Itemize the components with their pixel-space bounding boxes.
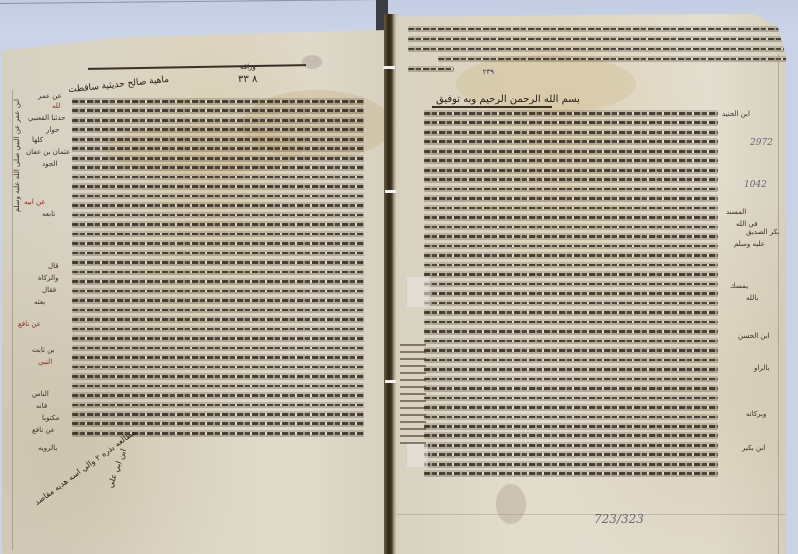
text-line [72,394,364,397]
text-line [424,226,718,229]
text-line [424,368,718,371]
paper-repair-patch [406,442,428,468]
header-rule [88,64,306,69]
margin-note: قال [48,262,59,270]
page-edge-crease [778,54,779,554]
margin-note: مكتوبا [42,414,59,422]
shelfmark: 723/323 [594,512,644,526]
text-line [72,176,364,179]
colophon-block [408,28,788,77]
text-line [72,337,364,340]
header-word: وراقه [240,63,256,71]
margin-note: بكر الصديق [746,228,780,236]
margin-note: والزكاة [38,274,58,282]
main-text-block [72,100,364,441]
binding-thread [385,190,397,193]
paper-repair-patch [406,276,430,308]
margin-note: فانه [36,402,47,410]
margin-note: عليه وسلم [734,240,765,248]
text-line [72,290,364,293]
margin-note: الجود [42,160,57,168]
foxing-spot [302,55,322,69]
text-line [424,254,718,257]
colophon-line [438,58,788,60]
text-line [424,131,718,134]
text-line [424,283,718,286]
margin-note: ابن بكير [742,444,765,452]
margin-note: بالله [746,294,758,302]
binding-thread [385,380,397,383]
text-line [72,109,364,112]
text-line [72,280,364,283]
text-line [424,140,718,143]
margin-number: 2972 [750,138,773,148]
margin-note: يمسك [730,282,748,290]
main-text-block [424,112,718,482]
text-line [424,321,718,324]
text-line [72,214,364,217]
text-line [72,119,364,122]
text-line [424,216,718,219]
binding-thread [383,66,395,69]
margin-note: بالراو [754,364,769,372]
text-line [424,207,718,210]
text-line [424,397,718,400]
colophon-line [408,28,788,30]
text-line [72,413,364,416]
margin-note-rubric: عن نافع [18,320,41,328]
text-line [424,425,718,428]
foxing-spot [496,484,526,524]
margin-note: عن نافع [32,426,55,434]
text-line [72,157,364,160]
text-line [72,242,364,245]
margin-note: بعثه [34,298,45,306]
text-line [424,378,718,381]
text-line [424,292,718,295]
text-line [72,252,364,255]
right-folio: ٢٣٩ بسم الله الرحمن الرحيم وبه توفيق 297… [396,14,794,554]
text-line [72,185,364,188]
colophon-line [408,38,788,40]
margin-note: وبركاته [746,410,766,418]
text-line [424,150,718,153]
colophon-rubric-mark: ٢٣٩ [474,68,494,76]
margin-note-rubric: النبي [38,358,52,366]
text-line [72,422,364,425]
text-line [72,195,364,198]
text-line [72,309,364,312]
text-line [424,453,718,456]
left-folio: ٨ ٣٣ وراقه ماهية صالح حديثية ساقطت ابن ع… [2,30,386,554]
text-line [424,330,718,333]
margin-note: عثمان بن عفان [26,148,70,156]
text-line [424,245,718,248]
text-line [72,271,364,274]
text-line [72,147,364,150]
text-line [72,432,364,435]
text-line [424,264,718,267]
text-line [72,138,364,141]
text-line [72,166,364,169]
basmala: بسم الله الرحمن الرحيم وبه توفيق [436,94,580,105]
margin-note: فقال [42,286,56,294]
book-spine [384,14,398,554]
text-line [72,375,364,378]
margin-note: تابعه [42,210,55,218]
margin-note-rubric: لله [52,102,60,110]
text-line [72,356,364,359]
colophon-line [408,68,454,70]
margin-ruling [12,90,13,550]
text-line [424,359,718,362]
text-line [424,416,718,419]
text-line [424,159,718,162]
vertical-margin-note: ابن عمر عن النبي صلى الله عليه وسلم [13,99,21,249]
text-line [72,299,364,302]
colophon-line [408,48,788,50]
margin-note: عن عمر [38,92,62,100]
text-line [72,328,364,331]
text-line [424,444,718,447]
margin-note: ابن الجنيد [722,110,750,118]
title-note: ماهية صالح حديثية ساقطت [68,75,170,96]
inner-margin-note [400,344,426,444]
text-line [72,128,364,131]
margin-note: كلها [32,136,43,144]
text-line [72,261,364,264]
margin-note: بن ثابت [32,346,54,354]
text-line [424,434,718,437]
text-line [72,366,364,369]
text-line [72,233,364,236]
text-line [72,223,364,226]
text-line [424,463,718,466]
margin-note: في الله [736,220,758,228]
text-line [424,169,718,172]
margin-note: المسند [726,208,746,216]
margin-note: حدثنا القعنبي [28,114,65,122]
text-line [424,340,718,343]
basmala-rule [432,106,552,108]
margin-note: حوار [46,126,59,134]
text-line [72,404,364,407]
margin-note: الناس [32,390,49,398]
text-line [424,302,718,305]
margin-note: بالرويه [38,444,57,452]
text-line [72,385,364,388]
text-line [424,472,718,475]
text-line [72,318,364,321]
text-line [424,112,718,115]
text-line [424,311,718,314]
header-number: ٨ ٣٣ [238,74,257,85]
text-line [424,387,718,390]
margin-number: 1042 [744,180,767,190]
text-line [424,188,718,191]
text-line [72,100,364,103]
text-line [424,178,718,181]
text-line [424,406,718,409]
text-line [424,349,718,352]
text-line [424,121,718,124]
text-line [72,347,364,350]
text-line [424,235,718,238]
text-line [72,204,364,207]
text-line [424,273,718,276]
text-line [424,197,718,200]
margin-note: ابن الحسن [738,332,770,340]
margin-note-rubric: عن ابيه [24,198,46,206]
